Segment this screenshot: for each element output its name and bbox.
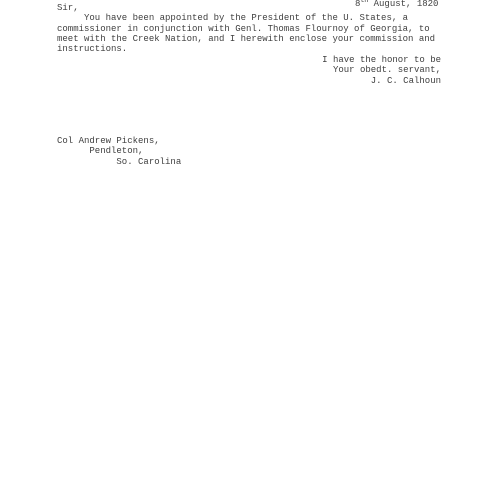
letter-body: Sir, You have been appointed by the Pres… (57, 3, 435, 54)
body-line: commissioner in conjunction with Genl. T… (57, 24, 435, 34)
salutation: Sir, (57, 3, 435, 13)
body-line: instructions. (57, 44, 435, 54)
closing-line-servant: Your obedt. servant, (322, 65, 441, 75)
letter-document: 8th August, 1820 Sir, You have been appo… (0, 0, 500, 500)
inside-address-block: Col Andrew Pickens, Pendleton, So. Carol… (57, 136, 181, 167)
body-line: meet with the Creek Nation, and I herewi… (57, 34, 435, 44)
closing-line-honor: I have the honor to be (322, 55, 441, 65)
address-line-town: Pendleton, (57, 146, 181, 156)
signature: J. C. Calhoun (322, 76, 441, 86)
address-line-state: So. Carolina (57, 157, 181, 167)
body-line: You have been appointed by the President… (57, 13, 435, 23)
closing-block: I have the honor to be Your obedt. serva… (322, 55, 441, 86)
address-line-name: Col Andrew Pickens, (57, 136, 181, 146)
